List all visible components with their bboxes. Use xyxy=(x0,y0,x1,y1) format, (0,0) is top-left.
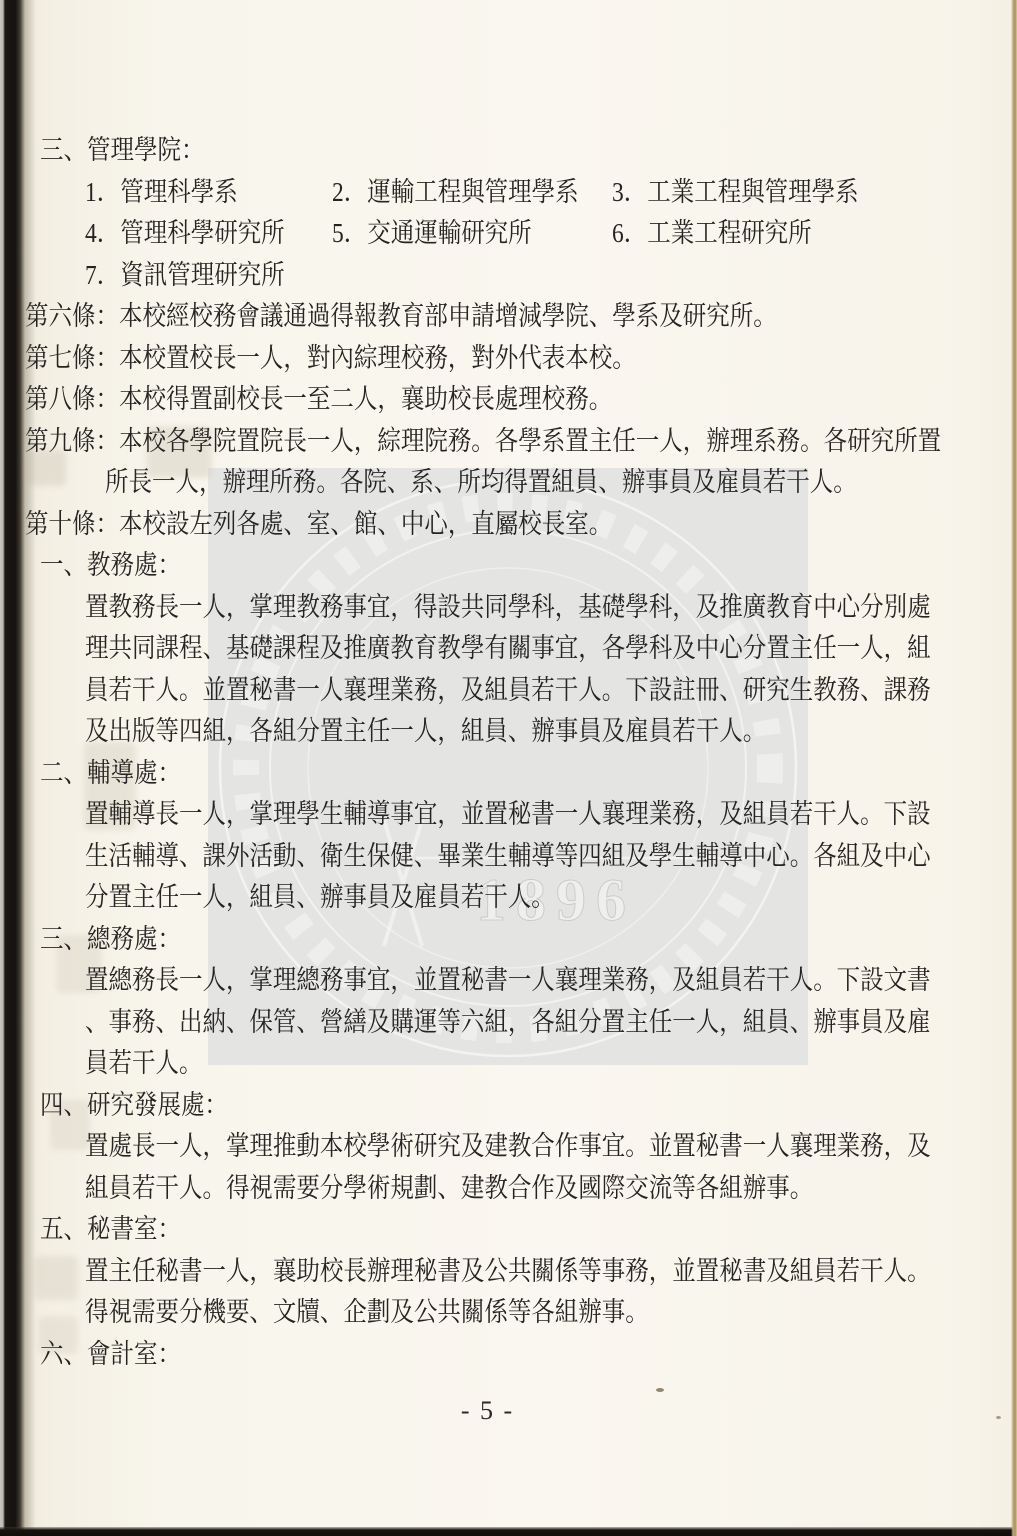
office-heading-secretariat: 五、秘書室： xyxy=(0,1209,1017,1251)
text-line: 得視需要分機要、文牘、企劃及公共關係等各組辦事。 xyxy=(0,1292,1017,1334)
department-item: 7．資訊管理研究所 xyxy=(0,255,1017,297)
text-line: 置教務長一人，掌理教務事宜，得設共同學科，基礎學科，及推廣教育中心分別處 xyxy=(0,587,1017,629)
text-line: 置處長一人，掌理推動本校學術研究及建教合作事宜。並置秘書一人襄理業務，及 xyxy=(0,1126,1017,1168)
department-row: 4．管理科學研究所 5．交通運輸研究所 6．工業工程研究所 xyxy=(0,213,1017,255)
page-number: - 5 - xyxy=(0,1396,975,1426)
text-line: 員若干人。並置秘書一人襄理業務，及組員若干人。下設註冊、研究生教務、課務 xyxy=(0,670,1017,712)
article-7: 第七條：本校置校長一人，對內綜理校務，對外代表本校。 xyxy=(0,338,1017,380)
binding-shadow-edge xyxy=(0,0,36,1536)
text-line: 置總務長一人，掌理總務事宜，並置秘書一人襄理業務，及組員若干人。下設文書 xyxy=(0,960,1017,1002)
article-6: 第六條：本校經校務會議通過得報教育部申請增減學院、學系及研究所。 xyxy=(0,296,1017,338)
section-heading-college: 三、管理學院： xyxy=(0,130,1017,172)
office-heading-research-development: 四、研究發展處： xyxy=(0,1085,1017,1127)
article-9-continuation: 所長一人，辦理所務。各院、系、所均得置組員、辦事員及雇員若干人。 xyxy=(0,462,1017,504)
text-line: 生活輔導、課外活動、衛生保健、畢業生輔導等四組及學生輔導中心。各組及中心 xyxy=(0,836,1017,878)
scanned-document-page: 1896 三、管理學院： 1．管理科學系 2．運輸工程與管理學系 3．工業工程與… xyxy=(0,0,1017,1536)
document-body: 三、管理學院： 1．管理科學系 2．運輸工程與管理學系 3．工業工程與管理學系 … xyxy=(0,130,1017,1375)
article-9: 第九條：本校各學院置院長一人，綜理院務。各學系置主任一人，辦理系務。各研究所置 xyxy=(0,421,1017,463)
office-heading-general-affairs: 三、總務處： xyxy=(0,919,1017,961)
office-heading-accounting: 六、會計室： xyxy=(0,1334,1017,1376)
department-row: 1．管理科學系 2．運輸工程與管理學系 3．工業工程與管理學系 xyxy=(0,172,1017,214)
text-line: 及出版等四組，各組分置主任一人，組員、辦事員及雇員若干人。 xyxy=(0,711,1017,753)
page-right-edge xyxy=(1011,0,1017,1536)
scan-speck xyxy=(656,1388,664,1392)
scan-bottom-edge xyxy=(0,1527,1017,1536)
text-line: 置輔導長一人，掌理學生輔導事宜，並置秘書一人襄理業務，及組員若干人。下設 xyxy=(0,794,1017,836)
scan-speck xyxy=(996,1416,1001,1419)
text-line: 置主任秘書一人，襄助校長辦理秘書及公共關係等事務，並置秘書及組員若干人。 xyxy=(0,1251,1017,1293)
text-line: 員若干人。 xyxy=(0,1043,1017,1085)
text-line: 、事務、出納、保管、營繕及購運等六組，各組分置主任一人，組員、辦事員及雇 xyxy=(0,1002,1017,1044)
office-heading-student-counseling: 二、輔導處： xyxy=(0,753,1017,795)
office-heading-academic-affairs: 一、教務處： xyxy=(0,545,1017,587)
text-line: 分置主任一人，組員、辦事員及雇員若干人。 xyxy=(0,877,1017,919)
article-10: 第十條：本校設左列各處、室、館、中心，直屬校長室。 xyxy=(0,504,1017,546)
text-line: 組員若干人。得視需要分學術規劃、建教合作及國際交流等各組辦事。 xyxy=(0,1168,1017,1210)
article-8: 第八條：本校得置副校長一至二人，襄助校長處理校務。 xyxy=(0,379,1017,421)
text-line: 理共同課程、基礎課程及推廣教育教學有關事宜，各學科及中心分置主任一人，組 xyxy=(0,628,1017,670)
